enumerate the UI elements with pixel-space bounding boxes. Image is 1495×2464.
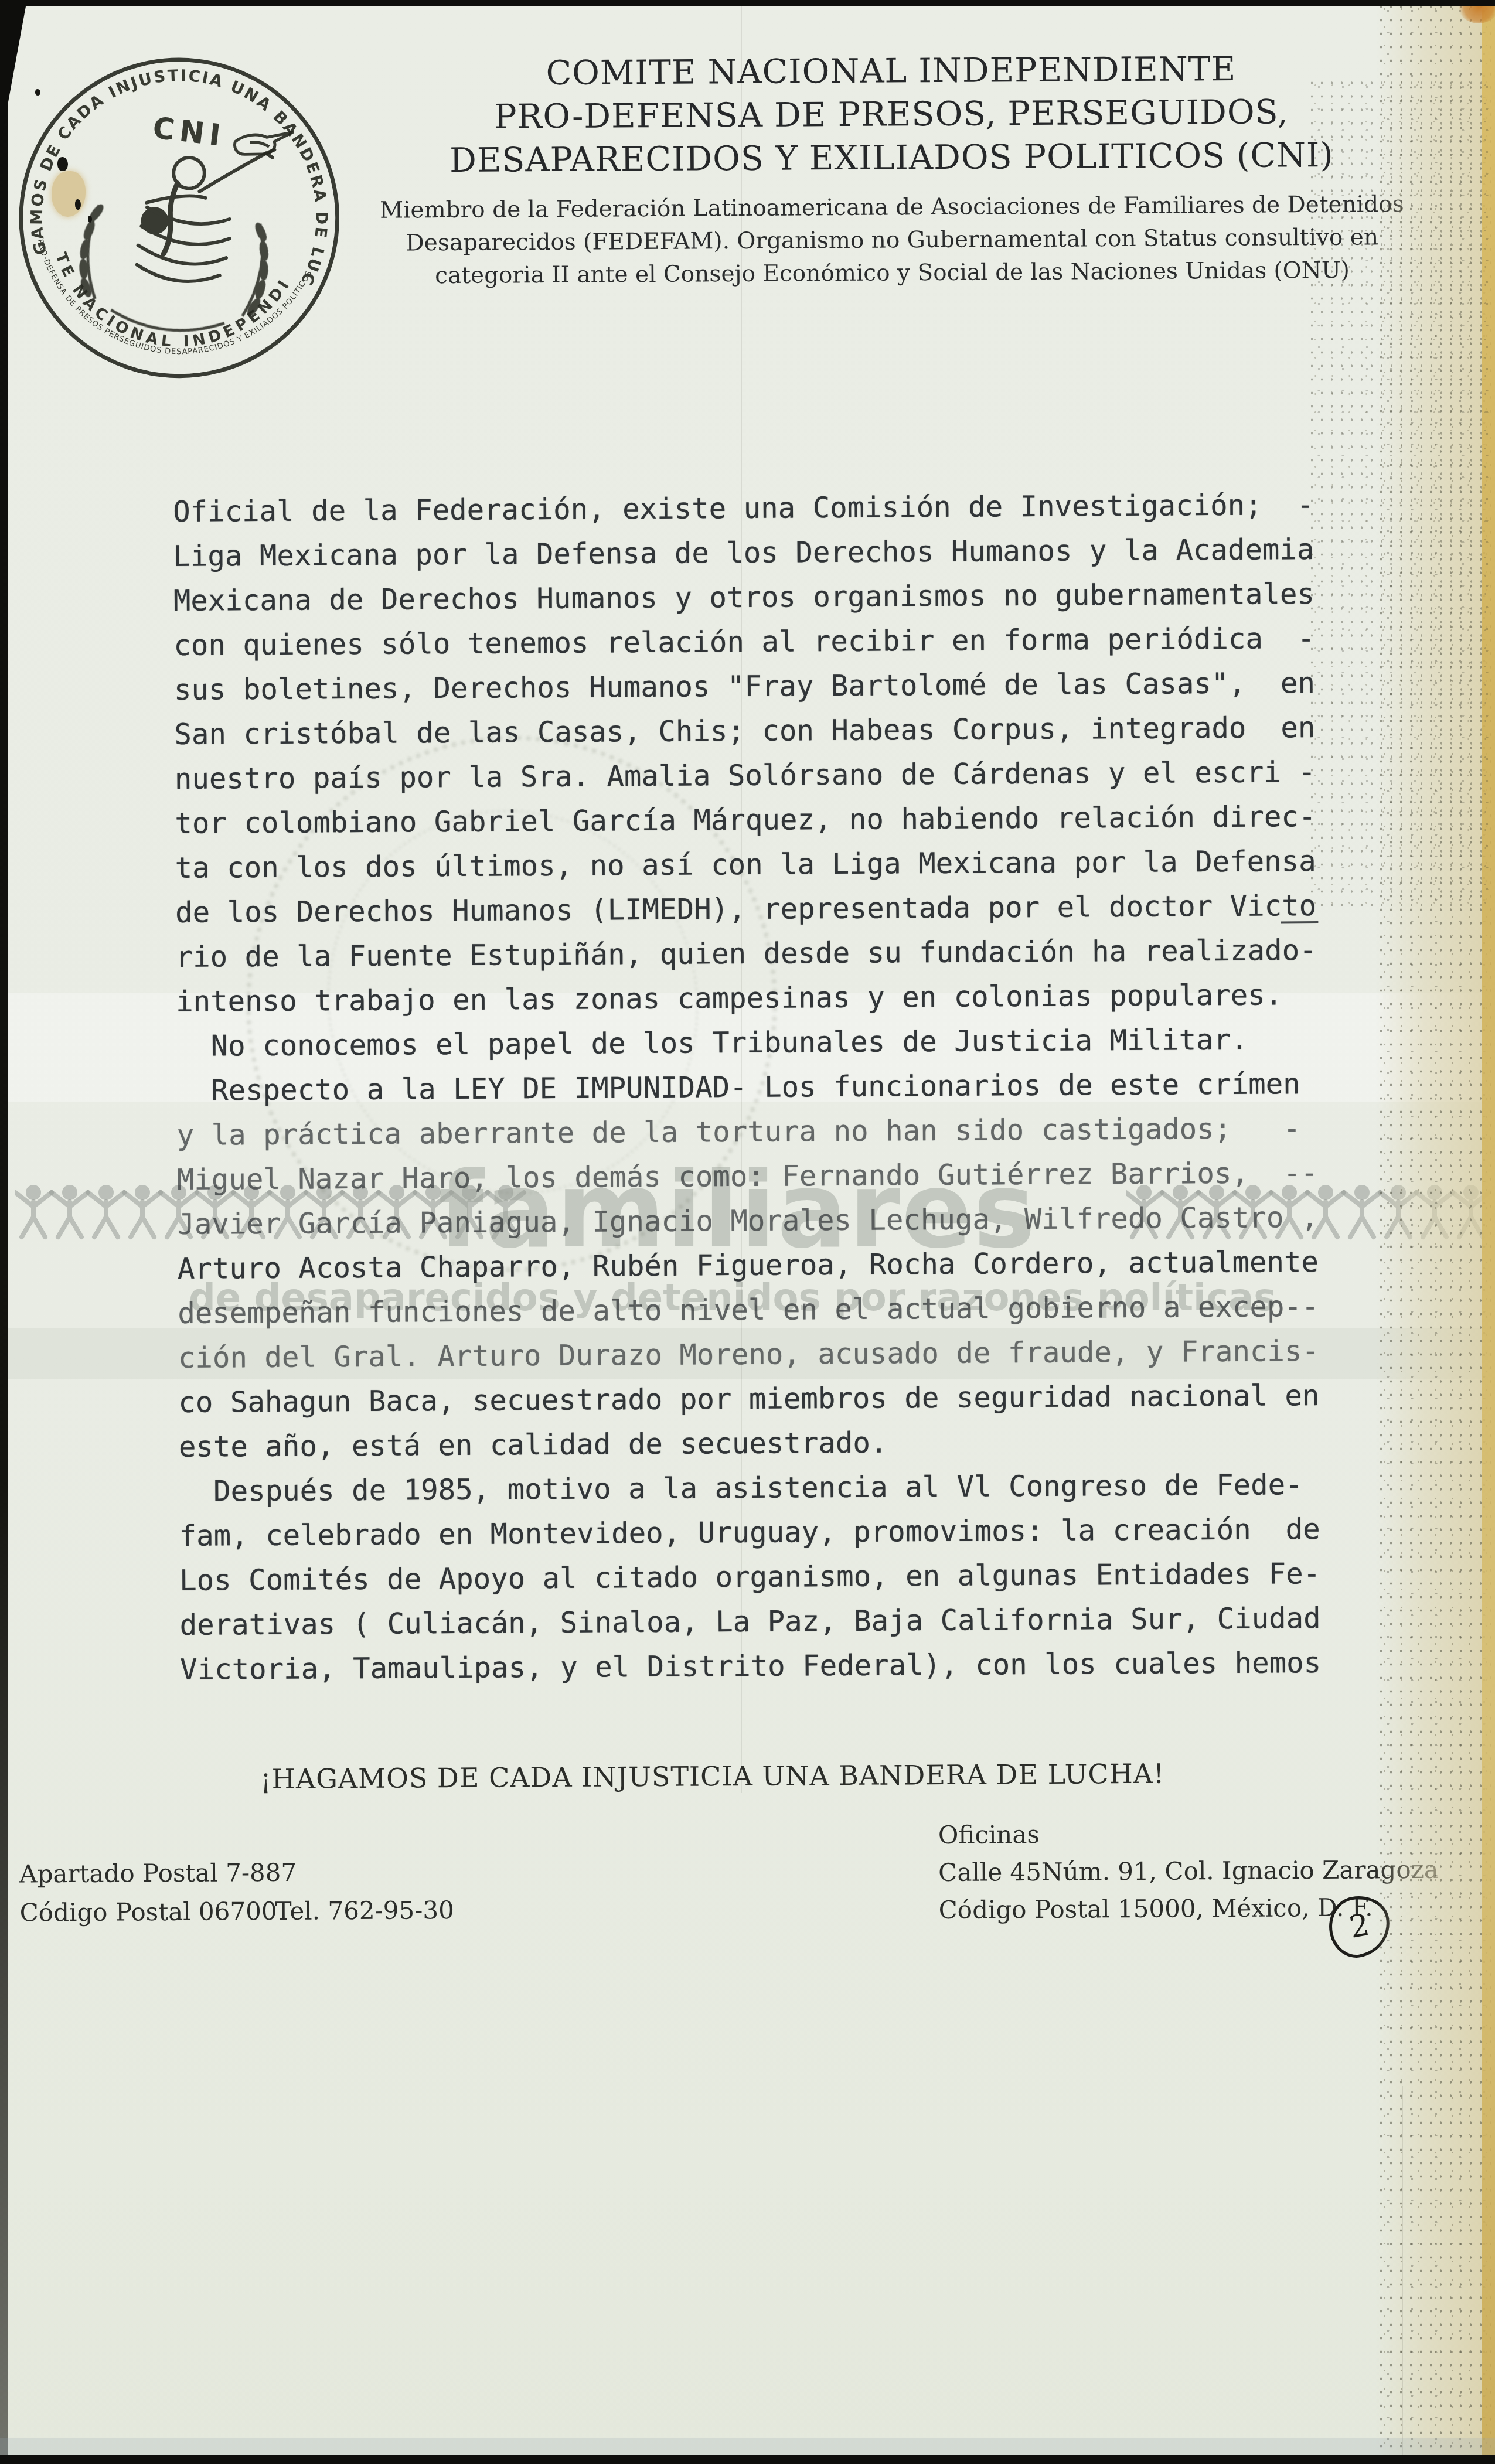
cni-seal-stamp: HAGAMOS DE CADA INJUSTICIA UNA BANDERA D… <box>0 21 376 413</box>
typed-line: Victoria, Tamaulipas, y el Distrito Fede… <box>180 1641 1358 1692</box>
typed-line: nuestro país por la Sra. Amalia Solórsan… <box>175 750 1353 802</box>
footer-telephone: Tel. 762-95-30 <box>275 1896 454 1925</box>
letterhead-title-line: DESAPARECIDOS Y EXILIADOS POLITICOS (CNI… <box>355 133 1428 183</box>
typed-line: Los Comités de Apoyo al citado organismo… <box>179 1552 1357 1603</box>
seal-cni-text: CNI <box>151 110 228 153</box>
ink-speck <box>35 89 40 96</box>
typed-line: ción del Gral. Arturo Durazo Moreno, acu… <box>178 1329 1356 1381</box>
typed-line: rio de la Fuente Estupiñán, quien desde … <box>175 928 1353 980</box>
typed-line: Arturo Acosta Chaparro, Rubén Figueroa, … <box>178 1240 1356 1291</box>
scan-edge-left <box>0 0 8 2464</box>
ink-speck <box>88 216 92 223</box>
typed-line: tor colombiano Gabriel García Márquez, n… <box>175 795 1353 846</box>
typed-line: San cristóbal de las Casas, Chis; con Ha… <box>174 706 1352 757</box>
scan-speckle-patch <box>1307 76 1489 908</box>
typed-line: Respecto a la LEY DE IMPUNIDAD- Los func… <box>176 1062 1354 1113</box>
printed-content: HAGAMOS DE CADA INJUSTICIA UNA BANDERA D… <box>0 0 1495 2464</box>
scan-edge-top <box>0 0 1495 6</box>
scanned-document-page: familiares de desaparecidos y detenidos … <box>0 0 1495 2464</box>
typed-line: Javier García Paniagua, Ignacio Morales … <box>177 1195 1355 1247</box>
typed-line: Oficial de la Federación, existe una Com… <box>173 483 1351 534</box>
letterhead-title-line: PRO-DEFENSA DE PRESOS, PERSEGUIDOS, <box>355 90 1428 139</box>
typed-line: ta con los dos últimos, no así con la Li… <box>175 839 1353 891</box>
ink-speck <box>75 199 81 210</box>
typed-line: de los Derechos Humanos (LIMEDH), repres… <box>175 884 1353 935</box>
letterhead-title: COMITE NACIONAL INDEPENDIENTEPRO-DEFENSA… <box>355 46 1428 183</box>
typewritten-body: Oficial de la Federación, existe una Com… <box>173 483 1358 1692</box>
typed-line: desempeñan funciones de alto nivel en el… <box>178 1284 1356 1336</box>
typed-underline-mark <box>1281 921 1318 923</box>
slogan-text: ¡HAGAMOS DE CADA INJUSTICIA UNA BANDERA … <box>260 1758 1164 1795</box>
footer-apartado-postal: Apartado Postal 7-887 <box>19 1858 297 1889</box>
letterhead-subtitle: Miembro de la Federación Latinoamericana… <box>356 188 1429 293</box>
typed-line: Mexicana de Derechos Humanos y otros org… <box>173 572 1351 623</box>
ink-speck <box>57 157 68 171</box>
typed-line: Miguel Nazar Haro, los demás como: Ferna… <box>177 1151 1355 1202</box>
footer-codigo-postal: Código Postal 06700 <box>19 1897 277 1927</box>
scan-edge-bottom-tint <box>0 2438 1495 2455</box>
scan-corner-wedge <box>0 0 27 146</box>
letterhead-title-line: COMITE NACIONAL INDEPENDIENTE <box>355 46 1427 96</box>
footer-street-address: Calle 45Núm. 91, Col. Ignacio Zaragoza <box>938 1851 1439 1892</box>
typed-line: No conocemos el papel de los Tribunales … <box>176 1017 1354 1069</box>
mother-child-figure <box>135 135 275 290</box>
typed-line: intenso trabajo en las zonas campesinas … <box>176 973 1354 1024</box>
fold-crease-line <box>741 0 742 1793</box>
footer-oficinas-label: Oficinas <box>938 1814 1439 1854</box>
typed-line: Liga Mexicana por la Defensa de los Dere… <box>173 527 1351 579</box>
typed-line: derativas ( Culiacán, Sinaloa, La Paz, B… <box>179 1596 1357 1648</box>
typed-line: y la práctica aberrante de la tortura no… <box>176 1106 1354 1158</box>
typed-line: sus boletines, Derechos Humanos "Fray Ba… <box>174 661 1352 713</box>
fold-crease-line <box>1402 2086 1403 2464</box>
letterhead-subtitle-line: categoria II ante el Consejo Económico y… <box>356 254 1428 293</box>
typed-line: este año, está en calidad de secuestrado… <box>179 1418 1357 1470</box>
typed-line: fam, celebrado en Montevideo, Uruguay, p… <box>179 1507 1357 1559</box>
typed-line: con quienes sólo tenemos relación al rec… <box>173 616 1351 668</box>
typed-line: co Sahagun Baca, secuestrado por miembro… <box>178 1374 1356 1425</box>
page-number-value: 2 <box>1347 1907 1372 1945</box>
scan-edge-bottom <box>0 2455 1495 2464</box>
typed-line: Después de 1985, motivo a la asistencia … <box>179 1463 1357 1514</box>
